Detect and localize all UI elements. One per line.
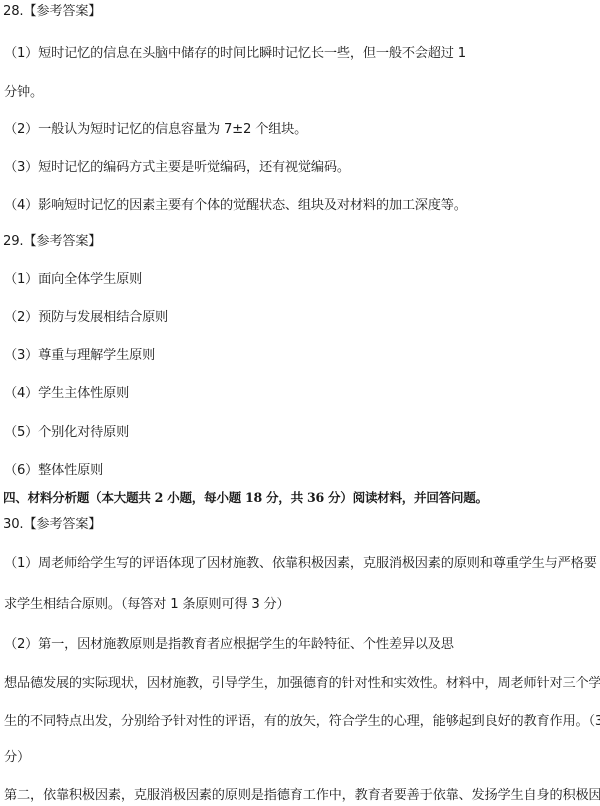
q30-heading: 30.【参考答案】 xyxy=(3,516,101,534)
q30-answer-line: 第二，依靠积极因素，克服消极因素的原则是指德育工作中，教育者要善于依靠、发扬学生… xyxy=(4,787,600,805)
q29-answer-line: （3）尊重与理解学生原则 xyxy=(4,347,155,365)
q30-answer-line: 求学生相结合原则。（每答对 1 条原则可得 3 分） xyxy=(4,596,290,614)
q29-answer-line: （2）预防与发展相结合原则 xyxy=(4,309,168,327)
q29-answer-line: （1）面向全体学生原则 xyxy=(4,271,142,289)
q28-answer-line: （4）影响短时记忆的因素主要有个体的觉醒状态、组块及对材料的加工深度等。 xyxy=(4,197,467,215)
q28-answer-line: （3）短时记忆的编码方式主要是听觉编码，还有视觉编码。 xyxy=(4,159,350,177)
q29-answer-line: （6）整体性原则 xyxy=(4,462,103,480)
q29-answer-line: （4）学生主体性原则 xyxy=(4,385,129,403)
q28-answer-line: （1）短时记忆的信息在头脑中储存的时间比瞬时记忆长一些，但一般不会超过 1 xyxy=(4,45,466,63)
q29-heading: 29.【参考答案】 xyxy=(3,233,101,251)
section-title: 四、材料分析题（本大题共 2 小题，每小题 18 分，共 36 分）阅读材料，并… xyxy=(3,489,488,507)
q30-answer-line: （1）周老师给学生写的评语体现了因材施教、依靠积极因素，克服消极因素的原则和尊重… xyxy=(4,555,597,573)
q29-answer-line: （5）个别化对待原则 xyxy=(4,424,129,442)
q30-answer-line: 生的不同特点出发，分别给予针对性的评语，有的放矢，符合学生的心理，能够起到良好的… xyxy=(4,713,600,731)
q28-answer-line: 分钟。 xyxy=(4,84,43,102)
q30-answer-line: （2）第一，因材施教原则是指教育者应根据学生的年龄特征、个性差异以及思 xyxy=(4,636,454,654)
q30-answer-line: 想品德发展的实际现状，因材施教，引导学生，加强德育的针对性和实效性。材料中，周老… xyxy=(4,675,600,693)
q30-answer-line: 分） xyxy=(4,749,30,767)
q28-answer-line: （2）一般认为短时记忆的信息容量为 7±2 个组块。 xyxy=(4,121,307,139)
q28-heading: 28.【参考答案】 xyxy=(3,3,101,21)
